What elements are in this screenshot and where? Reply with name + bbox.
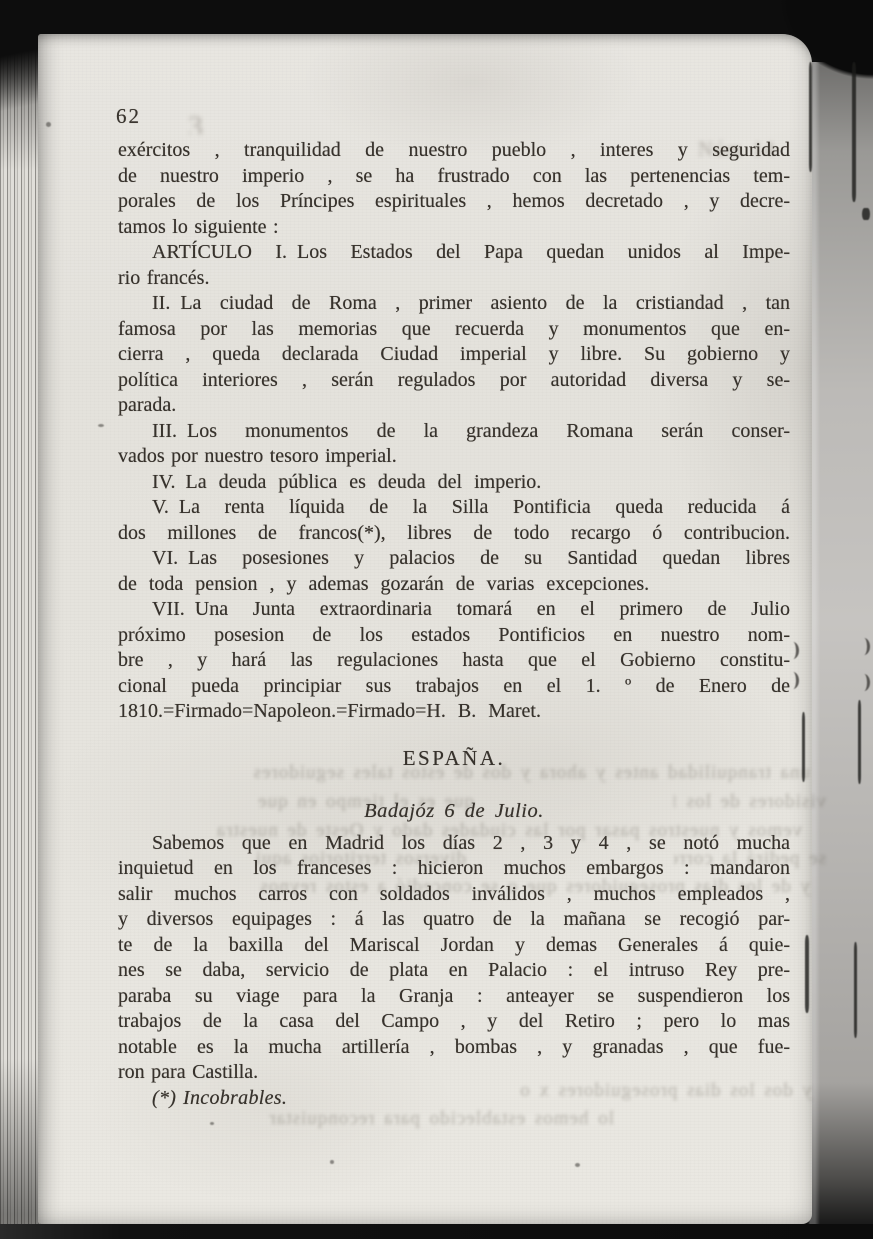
text-line: II. La ciudad de Roma , primer asiento d…: [118, 291, 790, 317]
edge-crack-mark: [802, 712, 805, 782]
text-line: vados por nuestro tesoro imperial.: [118, 444, 790, 470]
text-line: bre , y hará las regulaciones hasta que …: [118, 648, 790, 674]
text-line: famosa por las memorias que recuerda y m…: [118, 317, 790, 343]
text-line: nes se daba, servicio de plata en Palaci…: [118, 958, 790, 984]
text-line: ron para Castilla.: [118, 1060, 790, 1086]
edge-crack-mark: [852, 62, 856, 202]
text-line: política interiores , serán regulados po…: [118, 368, 790, 394]
text-line: inquietud en los franceses : hicieron mu…: [118, 856, 790, 882]
edge-crack-mark: [809, 62, 812, 172]
text-line: próximo posesion de los estados Pontific…: [118, 623, 790, 649]
ink-speck: [575, 1163, 580, 1167]
news-paragraph: Sabemos que en Madrid los días 2 , 3 y 4…: [118, 831, 790, 1086]
section-heading-espana: ESPAÑA.: [118, 746, 790, 772]
scanner-background-top: [0, 0, 873, 34]
text-line: salir muchos carros con soldados inválid…: [118, 882, 790, 908]
dateline-heading: Badajóz 6 de Julio.: [118, 799, 790, 825]
book-scan: { "colors": { "paper": "#e6e4df", "ink":…: [0, 0, 873, 1239]
text-line: 1810.=Firmado=Napoleon.=Firmado=H. B. Ma…: [118, 699, 790, 725]
book-page-edges-left: [0, 30, 40, 1226]
text-line: Sabemos que en Madrid los días 2 , 3 y 4…: [118, 831, 790, 857]
text-line: porales de los Príncipes espirituales , …: [118, 189, 790, 215]
showthrough-line: lo hemos establecido para reconquistar: [144, 1108, 614, 1132]
body-text: exércitos , tranquilidad de nuestro pueb…: [118, 138, 790, 1111]
ink-speck: [210, 1122, 214, 1125]
decree-paragraphs: exércitos , tranquilidad de nuestro pueb…: [118, 138, 790, 725]
ink-speck: [98, 424, 104, 427]
ink-speck: [330, 1160, 334, 1164]
text-line: VI. Las posesiones y palacios de su Sant…: [118, 546, 790, 572]
text-line: de toda pension , y ademas gozarán de va…: [118, 572, 790, 598]
text-line: notable es la mucha artillería , bombas …: [118, 1035, 790, 1061]
edge-crack-mark: [805, 935, 809, 1013]
edge-crack-mark: [862, 208, 870, 220]
text-line: cional pueda principiar sus trabajos en …: [118, 674, 790, 700]
text-line: de nuestro imperio , se ha frustrado con…: [118, 164, 790, 190]
scanner-background-bottom: [0, 1224, 873, 1239]
text-line: cierra , queda declarada Ciudad imperial…: [118, 342, 790, 368]
text-line: dos millones de francos(*), libres de to…: [118, 521, 790, 547]
showthrough-mark: 3: [188, 110, 228, 134]
text-line: ARTÍCULO I. Los Estados del Papa quedan …: [118, 240, 790, 266]
text-line: y diversos equipages : á las quatro de l…: [118, 907, 790, 933]
text-line: IV. La deuda pública es deuda del imperi…: [118, 470, 790, 496]
text-line: VII. Una Junta extraordinaria tomará en …: [118, 597, 790, 623]
text-line: III. Los monumentos de la grandeza Roman…: [118, 419, 790, 445]
book-page: 62 3 Núm 14 una tranquilidad antes y aho…: [38, 34, 812, 1224]
ink-speck: [46, 122, 51, 127]
edge-crack-mark: [858, 700, 861, 784]
text-line: rio francés.: [118, 266, 790, 292]
text-line: parada.: [118, 393, 790, 419]
page-number: 62: [116, 104, 141, 129]
text-line: paraba su viage para la Granja : anteaye…: [118, 984, 790, 1010]
text-line: tamos lo siguiente :: [118, 215, 790, 241]
text-line: trabajos de la casa del Campo , y del Re…: [118, 1009, 790, 1035]
text-line: exércitos , tranquilidad de nuestro pueb…: [118, 138, 790, 164]
footnote: (*) Incobrables.: [118, 1086, 790, 1112]
edge-crack-mark: [854, 942, 857, 1038]
text-line: V. La renta líquida de la Silla Pontific…: [118, 495, 790, 521]
text-line: te de la baxilla del Mariscal Jordan y d…: [118, 933, 790, 959]
